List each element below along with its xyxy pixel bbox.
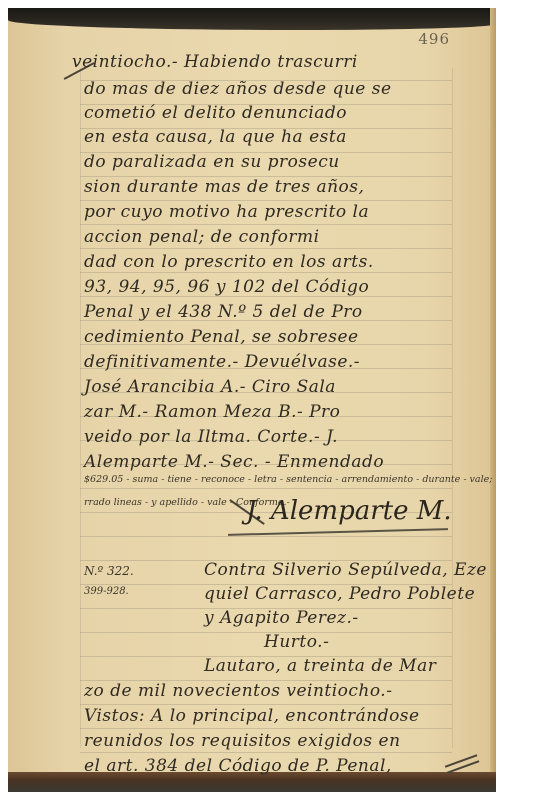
body-line: Lautaro, a treinta de Mar (204, 655, 454, 677)
body-line: Vistos: A lo principal, encontrándose (84, 705, 454, 727)
text-line: Penal y el 438 N.º 5 del de Pro (84, 301, 454, 323)
entry-title-line: quiel Carrasco, Pedro Poblete (204, 583, 454, 605)
entry-reference: 399-928. (84, 586, 129, 597)
entry-title-line: y Agapito Perez.- (204, 607, 454, 629)
text-line: 93, 94, 95, 96 y 102 del Código (84, 276, 454, 298)
text-line: accion penal; de conformi (84, 226, 454, 248)
entry-number: N.º 322. (84, 564, 134, 578)
text-line: cedimiento Penal, se sobresee (84, 326, 454, 348)
text-line: definitivamente.- Devuélvase.- (84, 351, 454, 373)
amendment-note-line: $629.05 - suma - tiene - reconoce - letr… (84, 469, 454, 491)
text-line: José Arancibia A.- Ciro Sala (84, 376, 454, 398)
body-line: reunidos los requisitos exigidos en (84, 730, 454, 752)
text-line: veido por la Iltma. Corte.- J. (84, 426, 454, 448)
text-line: cometió el delito denunciado (84, 102, 454, 124)
left-margin-rule (80, 68, 81, 748)
text-line: veintiocho.- Habiendo trascurri (72, 51, 442, 73)
page-right-edge (490, 8, 496, 792)
text-line: do mas de diez años desde que se (84, 78, 454, 100)
text-line: zar M.- Ramon Meza B.- Pro (84, 401, 454, 423)
text-line: en esta causa, la que ha esta (84, 126, 454, 148)
entry-title-line: Contra Silverio Sepúlveda, Eze (204, 559, 454, 581)
text-line: do paralizada en su prosecu (84, 151, 454, 173)
body-line: el art. 384 del Código de P. Penal, (84, 755, 454, 777)
body-line: zo de mil novecientos veintiocho.- (84, 680, 454, 702)
ledger-page: 496 veintiocho.- Habiendo trascurri (8, 8, 496, 792)
text-line: dad con lo prescrito en los arts. (84, 251, 454, 273)
text-line: sion durante mas de tres años, (84, 176, 454, 198)
signature: J. Alemparte M. (246, 496, 452, 526)
entry-subject: Hurto.- (264, 631, 454, 653)
text-line: por cuyo motivo ha prescrito la (84, 201, 454, 223)
